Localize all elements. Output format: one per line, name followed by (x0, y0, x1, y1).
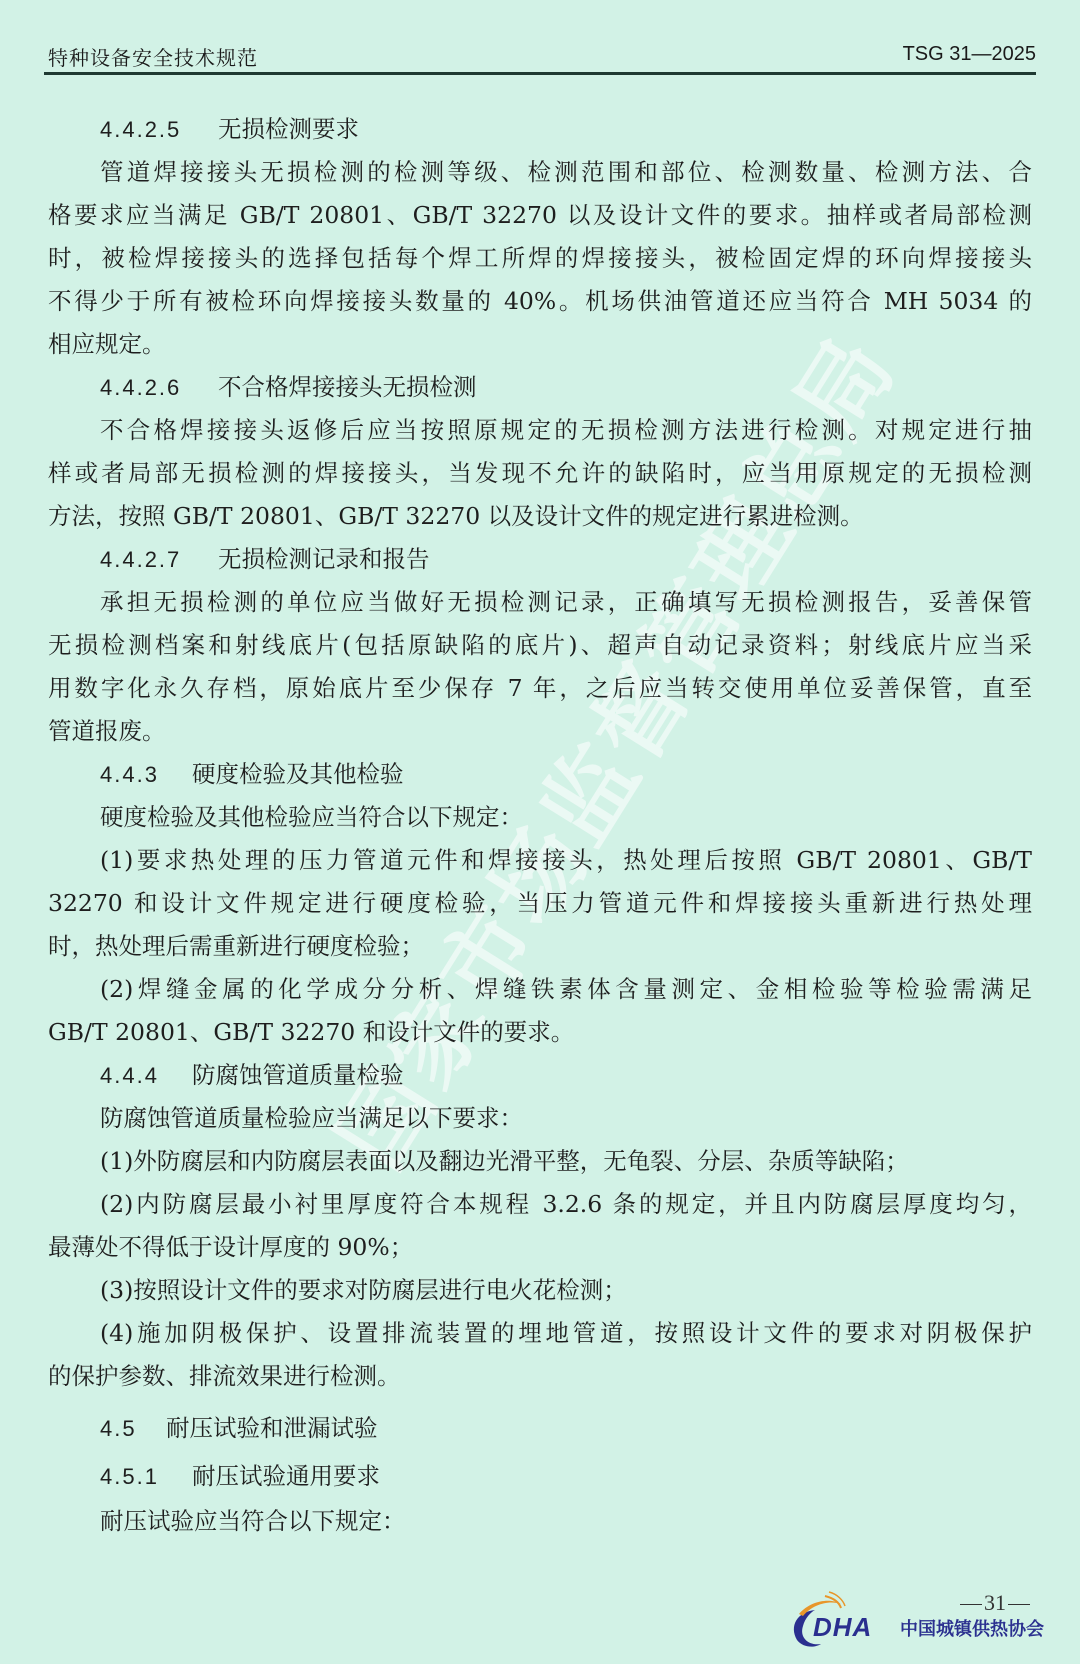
section-number: 4.4.2.5 (100, 108, 218, 151)
paragraph-line: 硬度检验及其他检验应当符合以下规定： (48, 796, 1032, 839)
paragraph-line: 不合格焊接接头返修后应当按照原规定的无损检测方法进行检测。对规定进行抽 (48, 409, 1032, 452)
paragraph-line: 相应规定。 (48, 323, 1032, 366)
list-item-line: 最薄处不得低于设计厚度的 90%； (48, 1226, 1032, 1269)
section-heading-45: 4.5耐压试验和泄漏试验 (48, 1404, 1032, 1452)
list-item-line: (1)要求热处理的压力管道元件和焊接接头，热处理后按照 GB/T 20801、G… (48, 839, 1032, 882)
section-heading-444: 4.4.4防腐蚀管道质量检验 (48, 1054, 1032, 1097)
running-header: 特种设备安全技术规范 TSG 31—2025 (48, 40, 1036, 74)
page-number-value: 31 (984, 1590, 1006, 1615)
paragraph-line: 用数字化永久存档，原始底片至少保存 7 年，之后应当转交使用单位妥善保管，直至 (48, 667, 1032, 710)
list-item-line: 的保护参数、排流效果进行检测。 (48, 1355, 1032, 1398)
paragraph-line: 耐压试验应当符合以下规定： (48, 1500, 1032, 1543)
paragraph-line: 方法，按照 GB/T 20801、GB/T 32270 以及设计文件的规定进行累… (48, 495, 1032, 538)
list-item-line: (2)焊缝金属的化学成分分析、焊缝铁素体含量测定、金相检验等检验需满足 (48, 968, 1032, 1011)
section-heading-4425: 4.4.2.5无损检测要求 (48, 108, 1032, 151)
paragraph-line: 格要求应当满足 GB/T 20801、GB/T 32270 以及设计文件的要求。… (48, 194, 1032, 237)
list-item-line: 时，热处理后需重新进行硬度检验； (48, 925, 1032, 968)
section-number: 4.4.2.7 (100, 538, 218, 581)
paragraph-line: 不得少于所有被检环向焊接接头数量的 40%。机场供油管道还应当符合 MH 503… (48, 280, 1032, 323)
header-series-title: 特种设备安全技术规范 (48, 42, 258, 71)
logo-text-en: DHA (813, 1612, 872, 1643)
logo-text-cn: 中国城镇供热协会 (900, 1615, 1044, 1641)
section-number: 4.4.2.6 (100, 366, 218, 409)
section-title: 无损检测要求 (218, 115, 359, 143)
section-heading-4427: 4.4.2.7无损检测记录和报告 (48, 538, 1032, 581)
section-title: 耐压试验通用要求 (192, 1462, 380, 1490)
list-item-line: GB/T 20801、GB/T 32270 和设计文件的要求。 (48, 1011, 1032, 1054)
list-item-line: 32270 和设计文件规定进行硬度检验，当压力管道元件和焊接接头重新进行热处理 (48, 882, 1032, 925)
list-item-line: (4)施加阴极保护、设置排流装置的埋地管道，按照设计文件的要求对阴极保护 (48, 1312, 1032, 1355)
paragraph-line: 管道焊接接头无损检测的检测等级、检测范围和部位、检测数量、检测方法、合 (48, 151, 1032, 194)
section-heading-443: 4.4.3硬度检验及其他检验 (48, 753, 1032, 796)
page-number: 31 (958, 1590, 1032, 1616)
paragraph-line: 无损检测档案和射线底片(包括原缺陷的底片)、超声自动记录资料；射线底片应当采 (48, 624, 1032, 667)
section-number: 4.5 (100, 1405, 166, 1453)
section-number: 4.5.1 (100, 1453, 192, 1501)
list-item-line: (1)外防腐层和内防腐层表面以及翻边光滑平整，无龟裂、分层、杂质等缺陷； (48, 1140, 1032, 1183)
header-divider (44, 72, 1036, 75)
paragraph-line: 时，被检焊接接头的选择包括每个焊工所焊的焊接接头，被检固定焊的环向焊接接头 (48, 237, 1032, 280)
header-standard-code: TSG 31—2025 (903, 43, 1036, 66)
paragraph-line: 管道报废。 (48, 710, 1032, 753)
paragraph-line: 样或者局部无损检测的焊接接头，当发现不允许的缺陷时，应当用原规定的无损检测 (48, 452, 1032, 495)
section-title: 耐压试验和泄漏试验 (166, 1414, 378, 1442)
list-item-line: (3)按照设计文件的要求对防腐层进行电火花检测； (48, 1269, 1032, 1312)
section-title: 不合格焊接接头无损检测 (218, 373, 477, 401)
section-heading-4426: 4.4.2.6不合格焊接接头无损检测 (48, 366, 1032, 409)
paragraph-line: 承担无损检测的单位应当做好无损检测记录，正确填写无损检测报告，妥善保管 (48, 581, 1032, 624)
section-heading-451: 4.5.1耐压试验通用要求 (48, 1452, 1032, 1500)
section-title: 硬度检验及其他检验 (192, 760, 404, 788)
section-title: 无损检测记录和报告 (218, 545, 430, 573)
list-item-line: (2)内防腐层最小衬里厚度符合本规程 3.2.6 条的规定，并且内防腐层厚度均匀… (48, 1183, 1032, 1226)
section-title: 防腐蚀管道质量检验 (192, 1061, 404, 1089)
section-number: 4.4.3 (100, 753, 192, 796)
section-number: 4.4.4 (100, 1054, 192, 1097)
paragraph-line: 防腐蚀管道质量检验应当满足以下要求： (48, 1097, 1032, 1140)
page-body: 4.4.2.5无损检测要求 管道焊接接头无损检测的检测等级、检测范围和部位、检测… (48, 108, 1032, 1543)
